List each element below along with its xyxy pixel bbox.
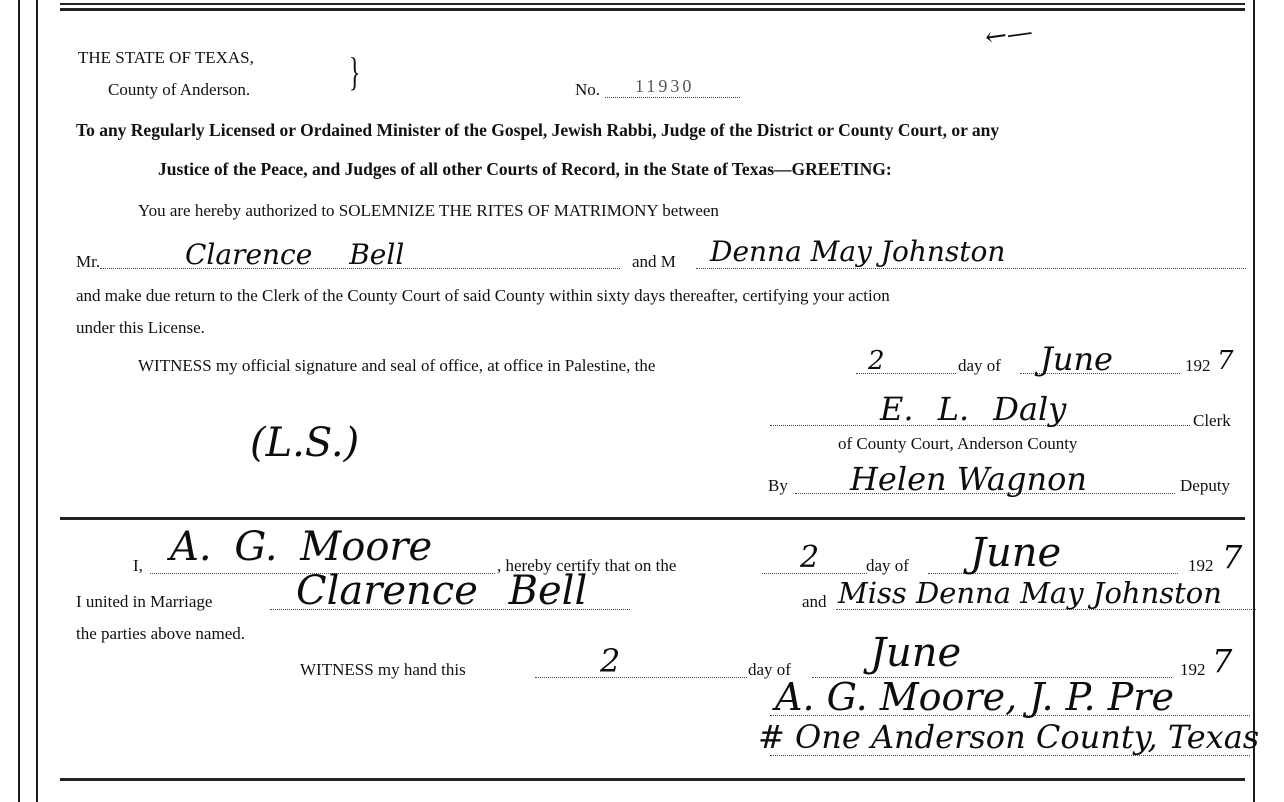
day-of-label: day of <box>958 356 1001 376</box>
cert-witness-year-suffix-handwritten: 7 <box>1212 642 1232 680</box>
left-inner-border <box>36 0 38 802</box>
deputy-label: Deputy <box>1180 476 1230 496</box>
cert-witness-text: WITNESS my hand this <box>300 660 466 680</box>
left-outer-border <box>18 0 20 802</box>
cert-year-prefix: 192 <box>1188 556 1214 576</box>
cert-day-of-label: day of <box>866 556 909 576</box>
cert-witness-day-line <box>535 677 747 678</box>
cert-witness-year-prefix: 192 <box>1180 660 1206 680</box>
county-heading: County of Anderson. <box>108 80 250 100</box>
cert-witness-month-handwritten: June <box>870 630 961 676</box>
cert-and-label: and <box>802 592 827 612</box>
stray-mark-top: ←— <box>983 17 1035 53</box>
cert-day-handwritten: 2 <box>800 540 819 575</box>
witness-month-handwritten: June <box>1040 340 1113 378</box>
address-line-2: Justice of the Peace, and Judges of all … <box>158 159 892 180</box>
license-number-value: 11930 <box>635 76 694 97</box>
top-rule <box>60 3 1245 5</box>
cert-witness-day-handwritten: 2 <box>600 642 620 680</box>
bride-line <box>696 268 1246 269</box>
groom-prefix: Mr. <box>76 252 100 272</box>
and-label: and M <box>632 252 676 272</box>
address-line-1: To any Regularly Licensed or Ordained Mi… <box>76 120 999 141</box>
return-text-1: and make due return to the Clerk of the … <box>76 286 890 306</box>
cert-month-handwritten: June <box>970 530 1061 576</box>
by-label: By <box>768 476 788 496</box>
right-border <box>1253 0 1255 802</box>
parties-text: the parties above named. <box>76 624 245 644</box>
middle-rule <box>60 517 1245 520</box>
deputy-signature: Helen Wagnon <box>850 460 1087 498</box>
cert-bride-handwritten: Miss Denna May Johnston <box>838 576 1222 610</box>
witness-day-handwritten: 2 <box>868 346 885 376</box>
brace: } <box>349 52 361 92</box>
officiant-name-handwritten: A. G. Moore <box>170 524 432 570</box>
return-text-2: under this License. <box>76 318 205 338</box>
witness-text: WITNESS my official signature and seal o… <box>138 356 655 376</box>
seal-mark: (L.S.) <box>250 420 359 466</box>
cert-groom-handwritten: Clarence Bell <box>296 568 587 614</box>
authorize-text: You are hereby authorized to SOLEMNIZE T… <box>138 201 719 221</box>
state-heading: THE STATE OF TEXAS, <box>78 48 254 68</box>
year-suffix-handwritten: 7 <box>1217 346 1234 376</box>
clerk-office: of County Court, Anderson County <box>838 434 1077 454</box>
precinct-handwritten: # One Anderson County, Texas <box>758 718 1259 756</box>
license-number-line <box>605 97 740 98</box>
groom-name-handwritten: Clarence Bell <box>185 238 404 271</box>
cert-year-suffix-handwritten: 7 <box>1222 538 1242 576</box>
certificate-i-label: I, <box>133 556 143 576</box>
bottom-rule <box>60 778 1245 781</box>
year-prefix: 192 <box>1185 356 1211 376</box>
clerk-signature: E. L. Daly <box>880 390 1066 428</box>
officiant-signature-handwritten: A. G. Moore, J. P. Pre <box>775 675 1174 719</box>
united-label: I united in Marriage <box>76 592 212 612</box>
clerk-label: Clerk <box>1193 411 1231 431</box>
license-number-label: No. <box>575 80 600 100</box>
bride-name-handwritten: Denna May Johnston <box>710 235 1005 268</box>
